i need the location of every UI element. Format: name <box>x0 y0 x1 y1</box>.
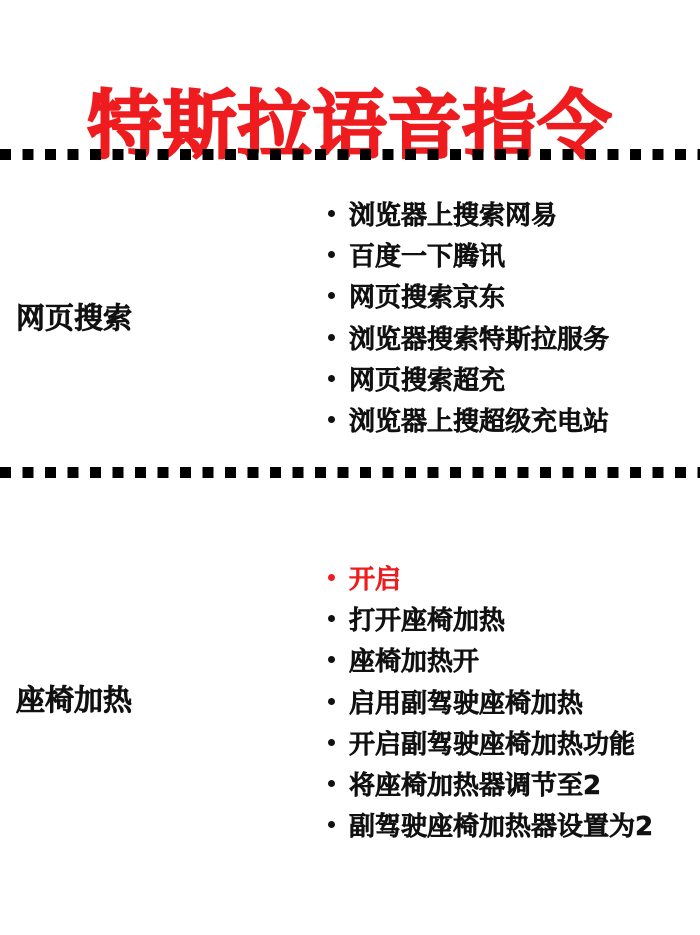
list-item: 浏览器上搜超级充电站 <box>322 399 609 440</box>
command-text: 副驾驶座椅加热器设置为2 <box>349 806 653 843</box>
command-text: 浏览器上搜索网易 <box>349 195 557 232</box>
list-item: 百度一下腾讯 <box>322 234 609 275</box>
list-item: 浏览器上搜索网易 <box>322 193 609 234</box>
command-text: 启用副驾驶座椅加热 <box>349 683 583 720</box>
dashed-divider <box>0 149 700 160</box>
bullet-icon <box>328 292 335 299</box>
command-text: 浏览器搜索特斯拉服务 <box>349 319 609 356</box>
command-text: 将座椅加热器调节至2 <box>349 765 601 802</box>
bullet-icon <box>328 739 335 746</box>
list-item: 座椅加热开 <box>322 639 653 680</box>
list-item: 开启副驾驶座椅加热功能 <box>322 722 653 763</box>
section-label-web-search: 网页搜索 <box>16 300 132 336</box>
bullet-icon <box>328 656 335 663</box>
bullet-icon <box>328 574 335 581</box>
bullet-icon <box>328 416 335 423</box>
list-item: 网页搜索京东 <box>322 275 609 316</box>
bullet-icon <box>328 821 335 828</box>
list-item-highlighted: 开启 <box>322 557 653 598</box>
command-text: 网页搜索超充 <box>349 360 505 397</box>
dashed-divider <box>0 467 700 478</box>
list-item: 将座椅加热器调节至2 <box>322 763 653 804</box>
command-text: 开启 <box>349 559 401 596</box>
bullet-icon <box>328 698 335 705</box>
command-list-web-search: 浏览器上搜索网易 百度一下腾讯 网页搜索京东 浏览器搜索特斯拉服务 网页搜索超充… <box>322 193 609 440</box>
list-item: 网页搜索超充 <box>322 358 609 399</box>
bullet-icon <box>328 334 335 341</box>
command-text: 网页搜索京东 <box>349 277 505 314</box>
list-item: 副驾驶座椅加热器设置为2 <box>322 804 653 845</box>
list-item: 打开座椅加热 <box>322 598 653 639</box>
bullet-icon <box>328 210 335 217</box>
section-label-seat-heating: 座椅加热 <box>16 682 132 718</box>
list-item: 浏览器搜索特斯拉服务 <box>322 317 609 358</box>
bullet-icon <box>328 375 335 382</box>
bullet-icon <box>328 251 335 258</box>
bullet-icon <box>328 615 335 622</box>
list-item: 启用副驾驶座椅加热 <box>322 681 653 722</box>
command-text: 开启副驾驶座椅加热功能 <box>349 724 635 761</box>
bullet-icon <box>328 780 335 787</box>
command-text: 浏览器上搜超级充电站 <box>349 401 609 438</box>
command-list-seat-heating: 开启 打开座椅加热 座椅加热开 启用副驾驶座椅加热 开启副驾驶座椅加热功能 将座… <box>322 557 653 845</box>
command-text: 座椅加热开 <box>349 641 479 678</box>
command-text: 打开座椅加热 <box>349 600 505 637</box>
command-text: 百度一下腾讯 <box>349 236 505 273</box>
